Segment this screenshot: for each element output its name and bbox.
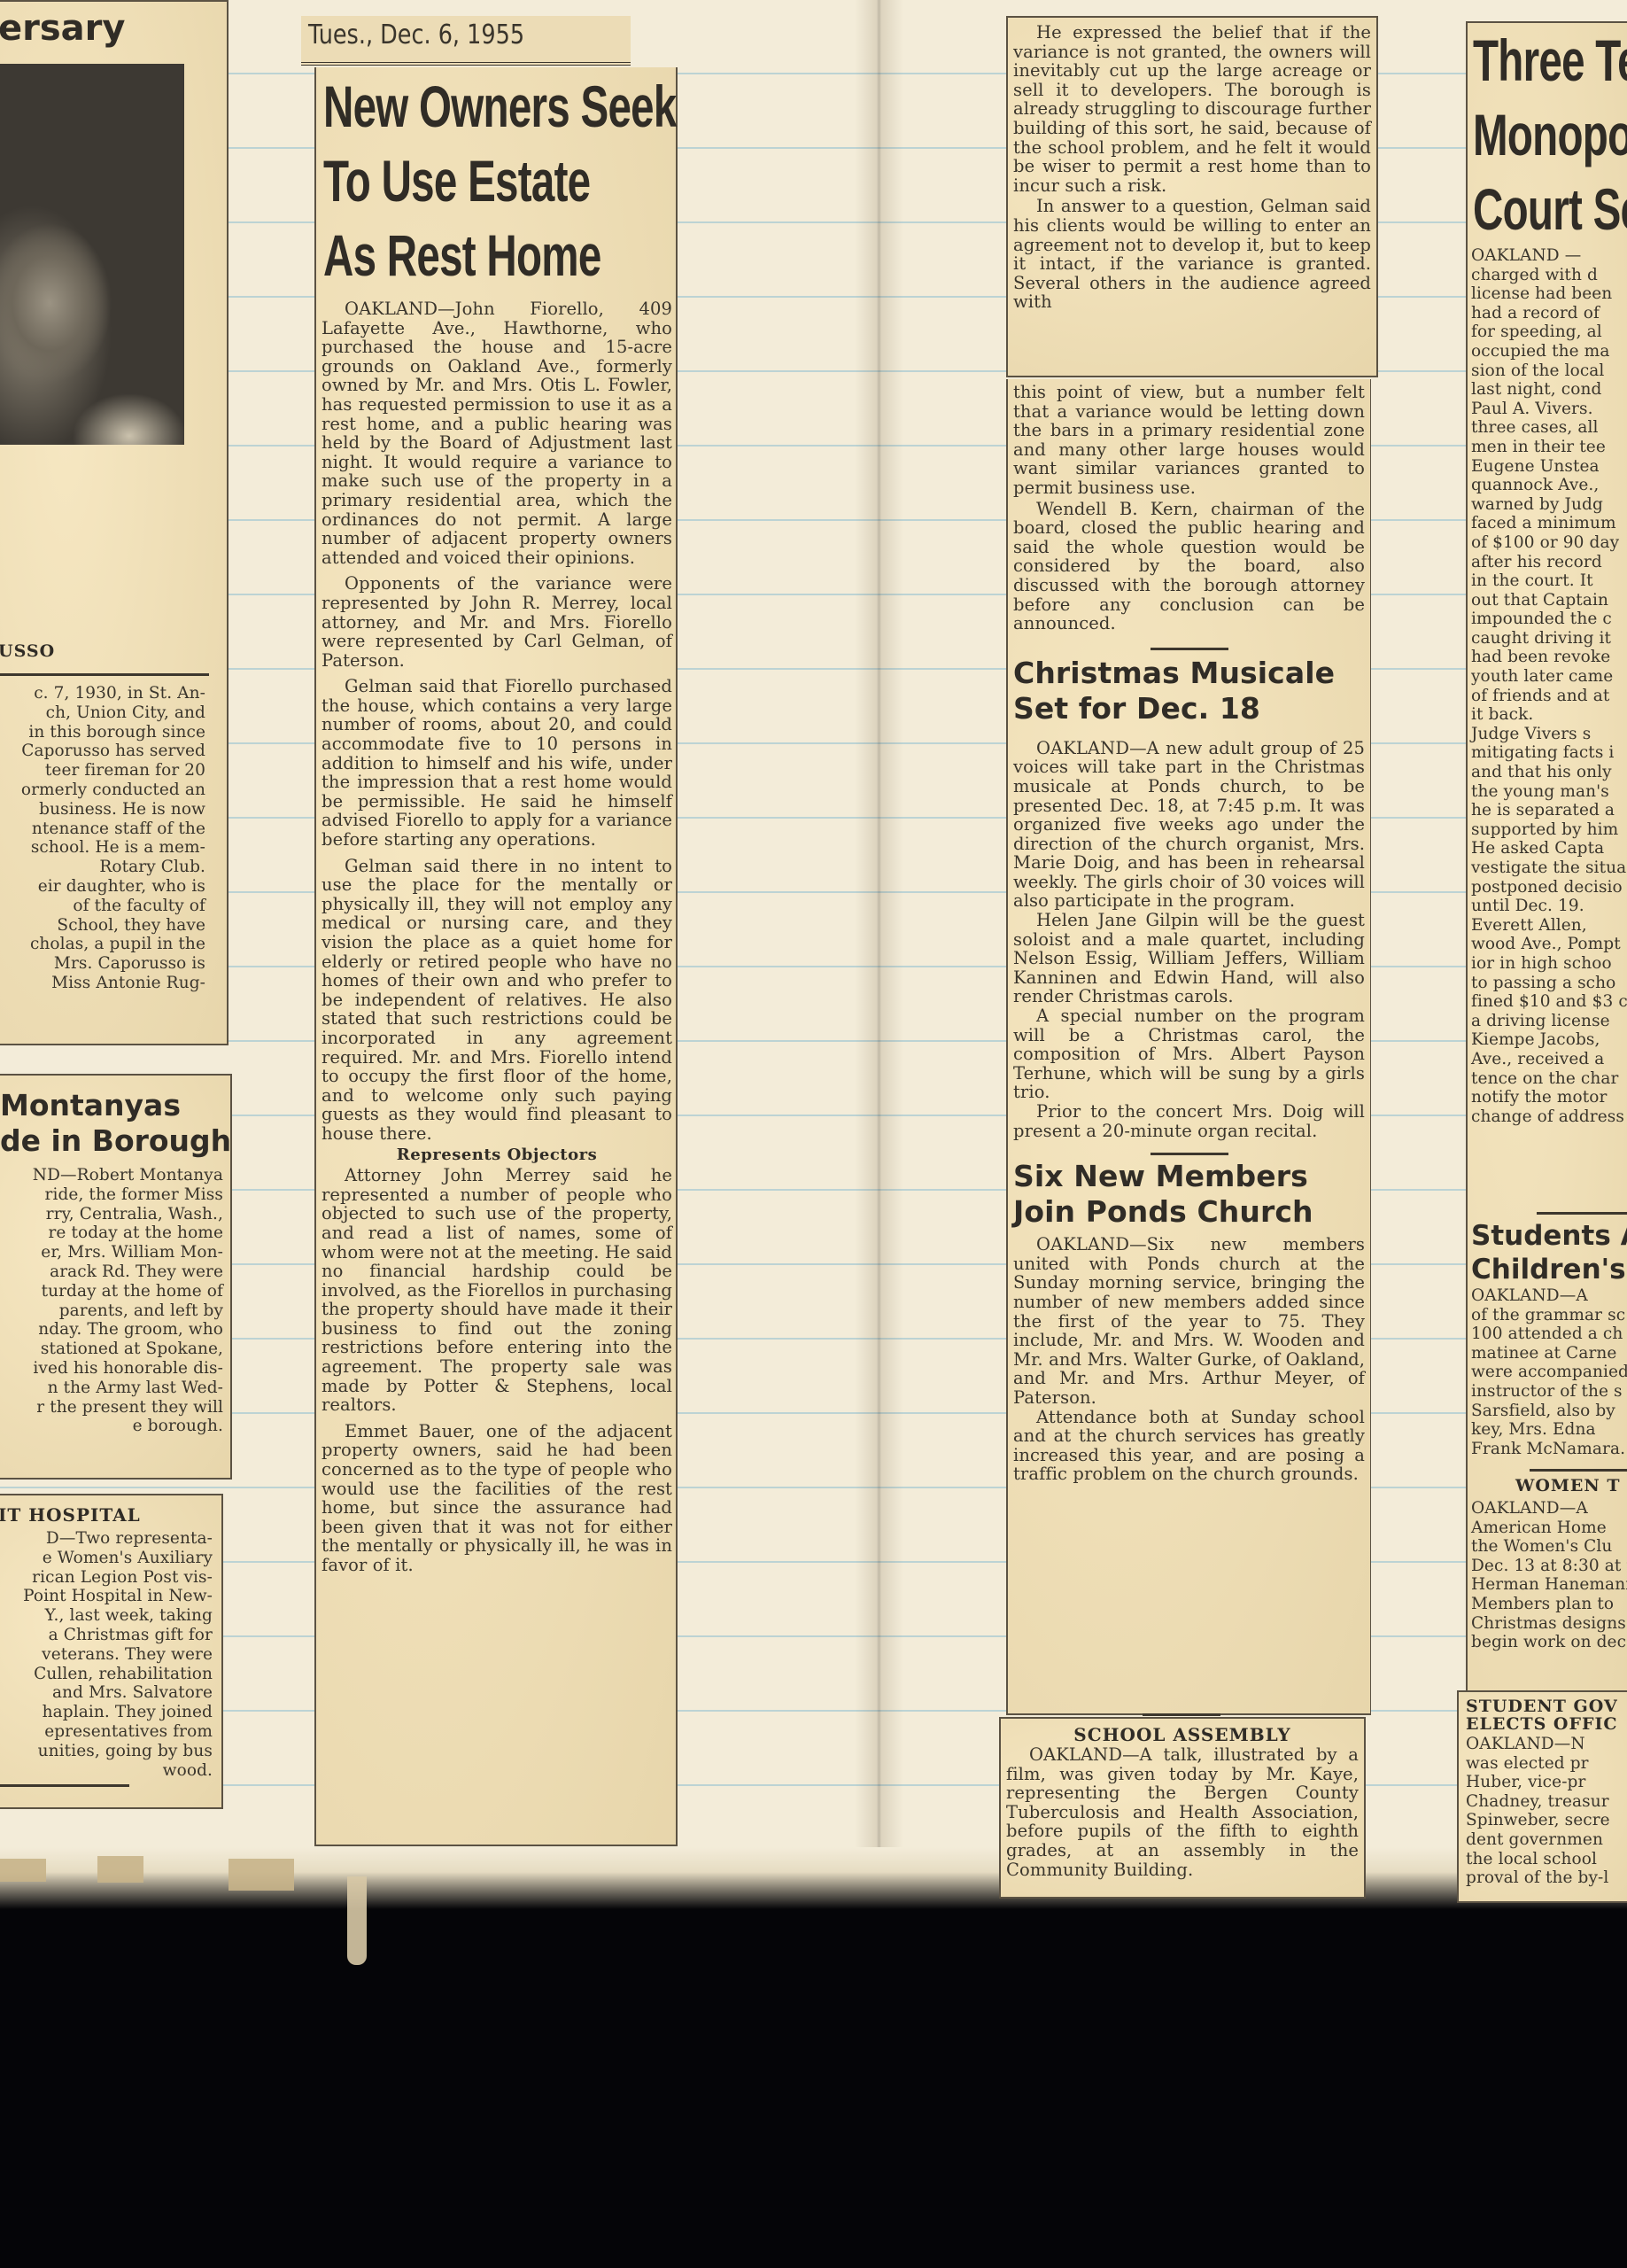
- text-line: were accompanied: [1471, 1363, 1627, 1382]
- court-headline: Three Te Monopol Court Ses: [1473, 23, 1627, 246]
- text-line: a Christmas gift for: [0, 1626, 213, 1645]
- text-line: American Home: [1471, 1518, 1627, 1538]
- text-line: Sarsfield, also by: [1471, 1402, 1627, 1421]
- text-line: of the faculty of: [0, 897, 205, 916]
- text-line: OAKLAND—A: [1471, 1286, 1627, 1306]
- right-column-clipping: this point of view, but a number felt th…: [1006, 379, 1371, 1715]
- school-assembly-clipping: SCHOOL ASSEMBLY OAKLAND—A talk, illustra…: [999, 1717, 1366, 1899]
- text-line: had been revoke: [1471, 648, 1627, 667]
- section-rule: [1530, 1469, 1627, 1472]
- paragraph: this point of view, but a number felt th…: [1013, 383, 1365, 498]
- paragraph: Opponents of the variance were represent…: [322, 574, 672, 670]
- text-line: sion of the local: [1471, 361, 1627, 381]
- text-line: caught driving it: [1471, 629, 1627, 649]
- text-line: He asked Capta: [1471, 839, 1627, 858]
- book-gutter: [855, 0, 903, 1887]
- text-line: teer fireman for 20: [0, 761, 205, 781]
- text-line: out that Captain: [1471, 591, 1627, 610]
- text-line: Paul A. Vivers.: [1471, 400, 1627, 419]
- text-line: 100 attended a ch: [1471, 1324, 1627, 1344]
- women-subhead: WOMEN T: [1515, 1476, 1621, 1495]
- text-line: occupied the ma: [1471, 342, 1627, 361]
- text-line: turday at the home of: [2, 1282, 223, 1301]
- text-line: dent governmen: [1466, 1830, 1627, 1850]
- paragraph: Attorney John Merrey said he represented…: [322, 1166, 672, 1415]
- text-line: Eugene Unstea: [1471, 457, 1627, 477]
- student-gov-headline: STUDENT GOV ELECTS OFFIC: [1466, 1697, 1618, 1733]
- paragraph: OAKLAND—Six new members united with Pond…: [1013, 1235, 1365, 1407]
- text-line: stationed at Spokane,: [2, 1340, 223, 1359]
- text-line: ormerly conducted an: [0, 781, 205, 800]
- text-line: ch, Union City, and: [0, 703, 205, 723]
- text-line: instructor of the s: [1471, 1382, 1627, 1402]
- text-line: D—Two representa-: [0, 1529, 213, 1549]
- rest-home-headline: New Owners Seek To Use Estate As Rest Ho…: [323, 69, 814, 292]
- court-session-clipping: Three Te Monopol Court Ses OAKLAND —char…: [1466, 21, 1627, 1696]
- women-body: OAKLAND—AAmerican Homethe Women's CluDec…: [1471, 1499, 1627, 1652]
- text-line: rican Legion Post vis-: [0, 1568, 213, 1588]
- text-line: tence on the char: [1471, 1069, 1627, 1089]
- text-line: eir daughter, who is: [0, 877, 205, 897]
- text-line: School, they have: [0, 916, 205, 936]
- text-line: ived his honorable dis-: [2, 1359, 223, 1379]
- text-line: of the grammar sc: [1471, 1306, 1627, 1325]
- text-line: Frank McNamara.: [1471, 1440, 1627, 1459]
- section-rule: [1151, 648, 1228, 650]
- text-line: OAKLAND—N: [1466, 1735, 1627, 1754]
- text-line: the local school: [1466, 1850, 1627, 1869]
- text-line: last night, cond: [1471, 380, 1627, 400]
- text-line: OAKLAND—A: [1471, 1499, 1627, 1518]
- hospital-clipping: IT HOSPITAL D—Two representa-e Women's A…: [0, 1494, 223, 1809]
- ponds-headline: Six New Members Join Ponds Church: [1013, 1159, 1365, 1230]
- torn-paper-scrap: [347, 1876, 367, 1965]
- text-line: re today at the home: [2, 1223, 223, 1243]
- text-line: school. He is a mem-: [0, 838, 205, 858]
- text-line: Miss Antonie Rug-: [0, 974, 205, 993]
- text-line: OAKLAND —: [1471, 246, 1627, 266]
- text-line: rry, Centralia, Wash.,: [2, 1205, 223, 1224]
- text-line: Christmas designs: [1471, 1614, 1627, 1634]
- text-line: Everett Allen,: [1471, 916, 1627, 936]
- text-line: r the present they will: [2, 1398, 223, 1417]
- text-line: fined $10 and $3 c: [1471, 992, 1627, 1012]
- text-line: Point Hospital in New-: [0, 1587, 213, 1606]
- text-line: impounded the c: [1471, 610, 1627, 629]
- text-line: Dec. 13 at 8:30 at th: [1471, 1557, 1627, 1576]
- text-line: nday. The groom, who: [2, 1320, 223, 1340]
- text-line: warned by Judg: [1471, 495, 1627, 515]
- text-line: Chadney, treasur: [1466, 1792, 1627, 1812]
- text-line: faced a minimum: [1471, 514, 1627, 533]
- text-line: Caporusso has served: [0, 742, 205, 761]
- text-line: he is separated a: [1471, 801, 1627, 820]
- text-line: Rotary Club.: [0, 858, 205, 877]
- montanya-body: ND—Robert Montanyaride, the former Missr…: [2, 1166, 223, 1436]
- christmas-headline: Christmas Musicale Set for Dec. 18: [1013, 656, 1365, 726]
- text-line: in the court. It: [1471, 571, 1627, 591]
- text-line: youth later came: [1471, 667, 1627, 687]
- paragraph: OAKLAND—A talk, illustrated by a film, w…: [1006, 1745, 1359, 1879]
- text-line: wood.: [0, 1761, 213, 1781]
- students-body: OAKLAND—Aof the grammar sc100 attended a…: [1471, 1286, 1627, 1458]
- dateline-strip: Tues., Dec. 6, 1955: [301, 16, 631, 66]
- represents-objectors-subhead: Represents Objectors: [322, 1146, 672, 1165]
- paragraph: Attendance both at Sunday school and at …: [1013, 1408, 1365, 1484]
- text-line: ior in high schoo: [1471, 954, 1627, 974]
- text-line: and Mrs. Salvatore: [0, 1683, 213, 1703]
- text-line: for speeding, al: [1471, 322, 1627, 342]
- text-line: er, Mrs. William Mon-: [2, 1243, 223, 1262]
- text-line: wood Ave., Pompt: [1471, 935, 1627, 954]
- paragraph: Prior to the concert Mrs. Doig will pres…: [1013, 1102, 1365, 1140]
- text-line: ntenance staff of the: [0, 819, 205, 839]
- text-line: and that his only: [1471, 763, 1627, 782]
- paragraph: Wendell B. Kern, chairman of the board, …: [1013, 500, 1365, 633]
- court-body: OAKLAND —charged with dlicense had beenh…: [1471, 246, 1627, 1126]
- text-line: men in their tee: [1471, 438, 1627, 457]
- paragraph: He expressed the belief that if the vari…: [1013, 23, 1371, 195]
- paragraph: Helen Jane Gilpin will be the guest solo…: [1013, 911, 1365, 1006]
- anniversary-clipping: ersary USSO c. 7, 1930, in St. An-ch, Un…: [0, 0, 229, 1045]
- text-line: veterans. They were: [0, 1645, 213, 1665]
- paragraph: Gelman said that Fiorello purchased the …: [322, 677, 672, 849]
- students-headline: Students Att Children's C: [1471, 1219, 1627, 1286]
- rest-home-continuation-top: He expressed the belief that if the vari…: [1006, 16, 1378, 377]
- text-line: Huber, vice-pr: [1466, 1773, 1627, 1792]
- rest-home-article: New Owners Seek To Use Estate As Rest Ho…: [314, 67, 678, 1846]
- text-line: in this borough since: [0, 723, 205, 742]
- dateline: Tues., Dec. 6, 1955: [308, 19, 524, 50]
- text-line: three cases, all: [1471, 418, 1627, 438]
- student-government-clipping: STUDENT GOV ELECTS OFFIC OAKLAND—Nwas el…: [1457, 1690, 1627, 1903]
- text-line: epresentatives from: [0, 1722, 213, 1742]
- text-line: Cullen, rehabilitation: [0, 1665, 213, 1684]
- text-line: it back.: [1471, 705, 1627, 725]
- text-line: e borough.: [2, 1417, 223, 1436]
- hospital-headline: IT HOSPITAL: [0, 1504, 141, 1526]
- text-line: parents, and left by: [2, 1301, 223, 1321]
- portrait-photo: [0, 64, 184, 445]
- text-line: matinee at Carne: [1471, 1344, 1627, 1363]
- school-assembly-headline: SCHOOL ASSEMBLY: [1001, 1724, 1364, 1745]
- text-line: postponed decisio: [1471, 878, 1627, 897]
- student-gov-body: OAKLAND—Nwas elected prHuber, vice-prCha…: [1466, 1735, 1627, 1888]
- text-line: license had been: [1471, 284, 1627, 304]
- text-line: Members plan to: [1471, 1595, 1627, 1614]
- text-line: of friends and at: [1471, 687, 1627, 706]
- torn-paper-scrap: [229, 1859, 294, 1891]
- montanya-clipping: Montanyas de in Borough ND—Robert Montan…: [0, 1074, 232, 1480]
- paragraph: OAKLAND—John Fiorello, 409 Lafayette Ave…: [322, 299, 672, 567]
- text-line: after his record: [1471, 553, 1627, 572]
- text-line: business. He is now: [0, 800, 205, 819]
- photo-caption: USSO: [0, 641, 55, 661]
- text-line: the young man's: [1471, 782, 1627, 802]
- text-line: c. 7, 1930, in St. An-: [0, 684, 205, 703]
- text-line: Kiempe Jacobs,: [1471, 1030, 1627, 1050]
- torn-paper-scrap: [97, 1856, 143, 1883]
- text-line: of $100 or 90 day: [1471, 533, 1627, 553]
- text-line: Mrs. Caporusso is: [0, 954, 205, 974]
- text-line: ND—Robert Montanya: [2, 1166, 223, 1185]
- text-line: proval of the by-l: [1466, 1868, 1627, 1888]
- anniversary-headline-fragment: ersary: [0, 11, 125, 46]
- hospital-bottom-rule: [0, 1784, 129, 1787]
- paragraph: In answer to a question, Gelman said his…: [1013, 197, 1371, 312]
- text-line: Y., last week, taking: [0, 1606, 213, 1626]
- text-line: to passing a scho: [1471, 974, 1627, 993]
- section-rule: [1537, 1212, 1627, 1215]
- text-line: arack Rd. They were: [2, 1262, 223, 1282]
- text-line: ride, the former Miss: [2, 1185, 223, 1205]
- text-line: a driving license: [1471, 1012, 1627, 1031]
- text-line: e Women's Auxiliary: [0, 1549, 213, 1568]
- paragraph: Emmet Bauer, one of the adjacent propert…: [322, 1422, 672, 1575]
- text-line: begin work on dec: [1471, 1633, 1627, 1652]
- hospital-body: D—Two representa-e Women's Auxiliaryrica…: [0, 1529, 213, 1780]
- anniversary-body: c. 7, 1930, in St. An-ch, Union City, an…: [0, 684, 205, 993]
- text-line: key, Mrs. Edna: [1471, 1420, 1627, 1440]
- text-line: quannock Ave.,: [1471, 476, 1627, 495]
- torn-paper-scrap: [0, 1859, 46, 1882]
- text-line: haplain. They joined: [0, 1703, 213, 1722]
- text-line: n the Army last Wed-: [2, 1379, 223, 1398]
- text-line: vestigate the situa: [1471, 858, 1627, 878]
- text-line: the Women's Clu: [1471, 1537, 1627, 1557]
- text-line: supported by him: [1471, 820, 1627, 840]
- text-line: Judge Vivers s: [1471, 725, 1627, 744]
- text-line: until Dec. 19.: [1471, 897, 1627, 916]
- text-line: Herman Hanemann: [1471, 1575, 1627, 1595]
- montanya-headline: Montanyas de in Borough: [0, 1088, 231, 1159]
- text-line: cholas, a pupil in the: [0, 935, 205, 954]
- paragraph: OAKLAND—A new adult group of 25 voices w…: [1013, 739, 1365, 911]
- text-line: charged with d: [1471, 266, 1627, 285]
- paragraph: A special number on the program will be …: [1013, 1006, 1365, 1102]
- text-line: notify the motor: [1471, 1088, 1627, 1107]
- text-line: had a record of: [1471, 304, 1627, 323]
- text-line: was elected pr: [1466, 1754, 1627, 1774]
- text-line: unities, going by bus: [0, 1742, 213, 1761]
- text-line: Spinweber, secre: [1466, 1811, 1627, 1830]
- text-line: change of address: [1471, 1107, 1627, 1127]
- caption-rule: [0, 673, 209, 676]
- text-line: mitigating facts i: [1471, 743, 1627, 763]
- section-rule: [1143, 1713, 1220, 1716]
- section-rule: [1151, 1153, 1228, 1155]
- rest-home-body: OAKLAND—John Fiorello, 409 Lafayette Ave…: [322, 299, 672, 1575]
- paragraph: Gelman said there in no intent to use th…: [322, 857, 672, 1144]
- text-line: Ave., received a: [1471, 1050, 1627, 1069]
